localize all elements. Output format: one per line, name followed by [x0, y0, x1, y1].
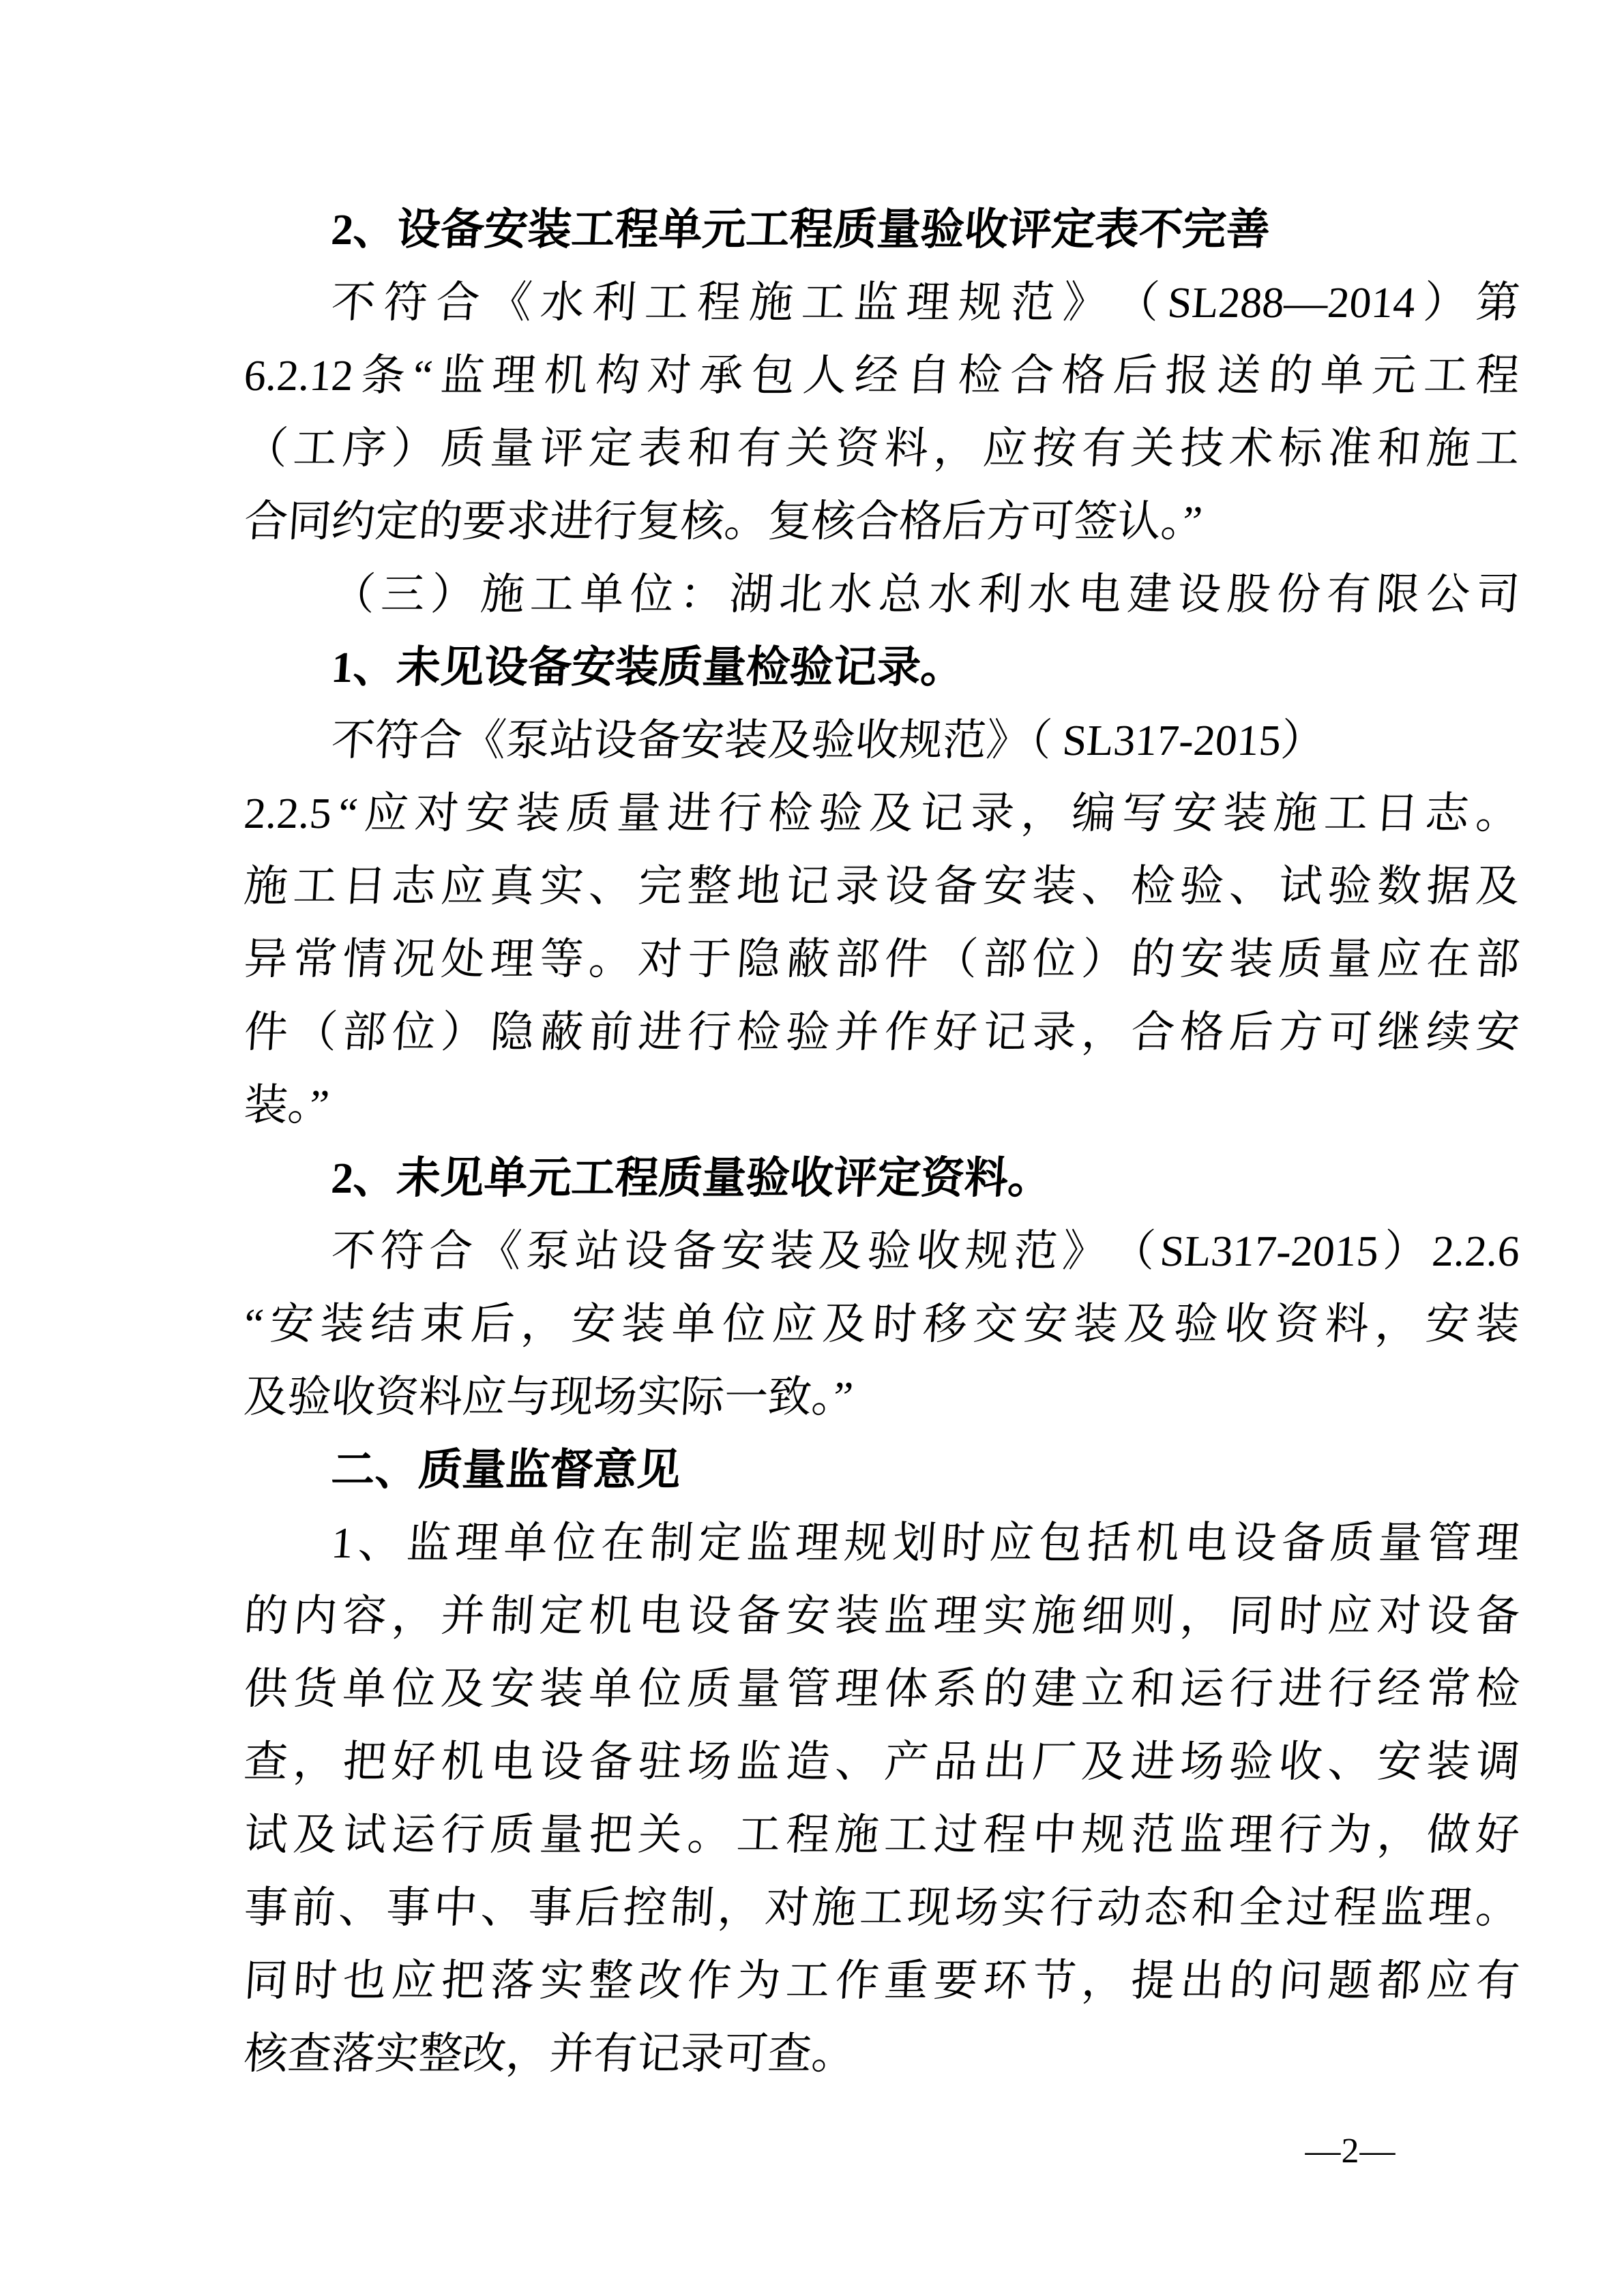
text-line: 的内容，并制定机电设备安装监理实施细则，同时应对设备: [241, 1579, 1522, 1652]
text-line: 异常情况处理等。对于隐蔽部件（部位）的安装质量应在部: [241, 923, 1522, 996]
text-line: 1、监理单位在制定监理规划时应包括机电设备质量管理: [241, 1506, 1522, 1579]
text-line: 查，把好机电设备驻场监造、产品出厂及进场验收、安装调: [241, 1725, 1522, 1798]
text-line: “安装结束后，安装单位应及时移交安装及验收资料，安装: [241, 1287, 1522, 1360]
document-body: 2、设备安装工程单元工程质量验收评定表不完善不符合《水利工程施工监理规范》（SL…: [244, 193, 1520, 2090]
text-line: 1、未见设备安装质量检验记录。: [241, 631, 1522, 704]
text-line: 事前、事中、事后控制，对施工现场实行动态和全过程监理。: [241, 1871, 1522, 1944]
text-line: 不符合《泵站设备安装及验收规范》（ SL317-2015）: [241, 704, 1522, 777]
text-line: （工序）质量评定表和有关资料，应按有关技术标准和施工: [241, 412, 1522, 485]
text-line: 供货单位及安装单位质量管理体系的建立和运行进行经常检: [241, 1652, 1522, 1725]
text-line: 不符合《泵站设备安装及验收规范》（SL317-2015）2.2.6: [241, 1214, 1522, 1287]
text-line: 合同约定的要求进行复核。复核合格后方可签认。”: [241, 485, 1522, 558]
text-line: 6.2.12 条“监理机构对承包人经自检合格后报送的单元工程: [241, 339, 1522, 412]
text-line: 不符合《水利工程施工监理规范》（SL288—2014）第: [241, 266, 1522, 339]
text-line: 2、未见单元工程质量验收评定资料。: [241, 1142, 1522, 1214]
text-line: 2.2.5 “应对安装质量进行检验及记录，编写安装施工日志。: [241, 777, 1522, 850]
text-line: 2、设备安装工程单元工程质量验收评定表不完善: [241, 193, 1522, 266]
text-line: 试及试运行质量把关。工程施工过程中规范监理行为，做好: [241, 1798, 1522, 1871]
page-number: —2—: [1296, 2130, 1405, 2173]
text-line: 件（部位）隐蔽前进行检验并作好记录，合格后方可继续安: [241, 996, 1522, 1069]
text-line: 二、质量监督意见: [241, 1433, 1522, 1506]
text-line: 装。”: [241, 1069, 1522, 1142]
text-line: （三）施工单位：湖北水总水利水电建设股份有限公司: [241, 558, 1522, 631]
text-line: 及验收资料应与现场实际一致。”: [241, 1360, 1522, 1433]
text-line: 施工日志应真实、完整地记录设备安装、检验、试验数据及: [241, 850, 1522, 923]
text-line: 同时也应把落实整改作为工作重要环节，提出的问题都应有: [241, 1944, 1522, 2017]
text-line: 核查落实整改，并有记录可查。: [241, 2017, 1522, 2090]
